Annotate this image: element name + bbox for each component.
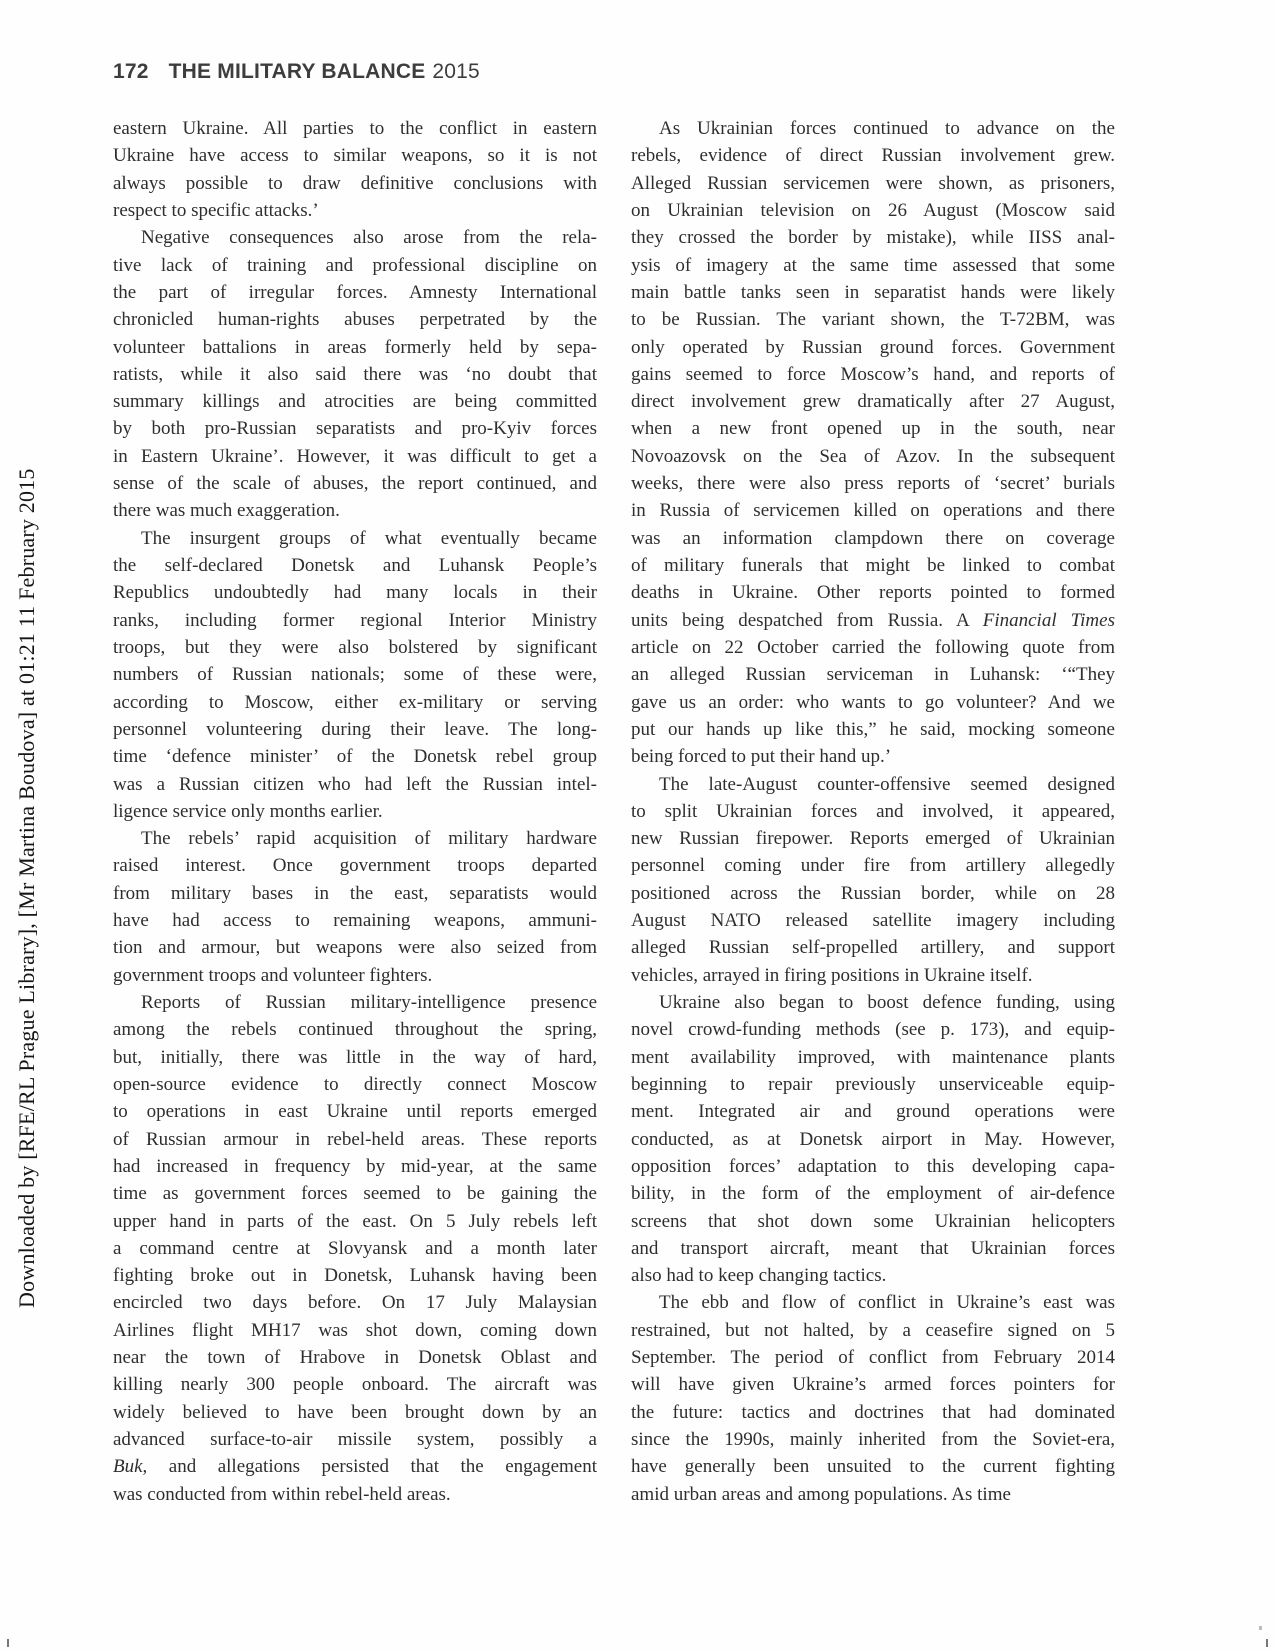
text-line: ligence service only months earlier. <box>113 798 597 825</box>
text-line: ment. Integrated air and ground operatio… <box>631 1098 1115 1125</box>
text-line: Novoazovsk on the Sea of Azov. In the su… <box>631 443 1115 470</box>
text-line: vehicles, arrayed in firing positions in… <box>631 962 1115 989</box>
text-line: since the 1990s, mainly inherited from t… <box>631 1426 1115 1453</box>
scan-artifact <box>1259 1626 1262 1630</box>
text-line: near the town of Hrabove in Donetsk Obla… <box>113 1344 597 1371</box>
text-line: Reports of Russian military-intelligence… <box>113 989 597 1016</box>
text-line: killing nearly 300 people onboard. The a… <box>113 1371 597 1398</box>
text-line: bility, in the form of the employment of… <box>631 1180 1115 1207</box>
running-header: 172THE MILITARY BALANCE2015 <box>113 60 480 84</box>
text-line: in Eastern Ukraine’. However, it was dif… <box>113 443 597 470</box>
text-line: to split Ukrainian forces and involved, … <box>631 798 1115 825</box>
text-line: rebels, evidence of direct Russian invol… <box>631 142 1115 169</box>
text-line: in Russia of servicemen killed on operat… <box>631 497 1115 524</box>
scan-artifact <box>1266 1639 1268 1647</box>
text-line: ysis of imagery at the same time assesse… <box>631 252 1115 279</box>
text-line: time as government forces seemed to be g… <box>113 1180 597 1207</box>
text-line: was conducted from within rebel-held are… <box>113 1481 597 1508</box>
book-title: THE MILITARY BALANCE <box>169 60 426 83</box>
text-line: Negative consequences also arose from th… <box>113 224 597 251</box>
text-line: personnel coming under fire from artille… <box>631 852 1115 879</box>
left-text-column: eastern Ukraine. All parties to the conf… <box>113 115 597 1508</box>
text-line: raised interest. Once government troops … <box>113 852 597 879</box>
book-year: 2015 <box>432 60 480 83</box>
text-line: direct involvement grew dramatically aft… <box>631 388 1115 415</box>
text-line: August NATO released satellite imagery i… <box>631 907 1115 934</box>
text-line: As Ukrainian forces continued to advance… <box>631 115 1115 142</box>
text-line: on Ukrainian television on 26 August (Mo… <box>631 197 1115 224</box>
text-line: respect to specific attacks.’ <box>113 197 597 224</box>
scan-artifact <box>7 1639 9 1647</box>
text-line: had increased in frequency by mid-year, … <box>113 1153 597 1180</box>
text-line: the future: tactics and doctrines that h… <box>631 1399 1115 1426</box>
text-line: the part of irregular forces. Amnesty In… <box>113 279 597 306</box>
text-line: being forced to put their hand up.’ <box>631 743 1115 770</box>
text-line: open-source evidence to directly connect… <box>113 1071 597 1098</box>
text-line: Ukraine also began to boost defence fund… <box>631 989 1115 1016</box>
text-line: fighting broke out in Donetsk, Luhansk h… <box>113 1262 597 1289</box>
text-line: eastern Ukraine. All parties to the conf… <box>113 115 597 142</box>
text-line: units being despatched from Russia. A Fi… <box>631 607 1115 634</box>
text-line: beginning to repair previously unservice… <box>631 1071 1115 1098</box>
text-line: to operations in east Ukraine until repo… <box>113 1098 597 1125</box>
text-line: Republics undoubtedly had many locals in… <box>113 579 597 606</box>
text-line: deaths in Ukraine. Other reports pointed… <box>631 579 1115 606</box>
text-line: tive lack of training and professional d… <box>113 252 597 279</box>
text-line: they crossed the border by mistake), whi… <box>631 224 1115 251</box>
text-line: also had to keep changing tactics. <box>631 1262 1115 1289</box>
text-line: sense of the scale of abuses, the report… <box>113 470 597 497</box>
text-line: when a new front opened up in the south,… <box>631 415 1115 442</box>
text-line: troops, but they were also bolstered by … <box>113 634 597 661</box>
text-line: was an information clampdown there on co… <box>631 525 1115 552</box>
text-line: from military bases in the east, separat… <box>113 880 597 907</box>
page-number: 172 <box>113 60 149 83</box>
text-line: The ebb and flow of conflict in Ukraine’… <box>631 1289 1115 1316</box>
text-line: have generally been unsuited to the curr… <box>631 1453 1115 1480</box>
text-line: by both pro-Russian separatists and pro-… <box>113 415 597 442</box>
text-line: upper hand in parts of the east. On 5 Ju… <box>113 1208 597 1235</box>
text-line: of Russian armour in rebel-held areas. T… <box>113 1126 597 1153</box>
text-line: opposition forces’ adaptation to this de… <box>631 1153 1115 1180</box>
text-line: The insurgent groups of what eventually … <box>113 525 597 552</box>
text-line: summary killings and atrocities are bein… <box>113 388 597 415</box>
text-line: Airlines flight MH17 was shot down, comi… <box>113 1317 597 1344</box>
text-line: will have given Ukraine’s armed forces p… <box>631 1371 1115 1398</box>
text-line: amid urban areas and among populations. … <box>631 1481 1115 1508</box>
text-line: tion and armour, but weapons were also s… <box>113 934 597 961</box>
text-line: there was much exaggeration. <box>113 497 597 524</box>
text-line: Buk, and allegations persisted that the … <box>113 1453 597 1480</box>
text-line: conducted, as at Donetsk airport in May.… <box>631 1126 1115 1153</box>
download-watermark: Downloaded by [RFE/RL Prague Library], [… <box>14 343 40 1308</box>
text-line: time ‘defence minister’ of the Donetsk r… <box>113 743 597 770</box>
right-text-column: As Ukrainian forces continued to advance… <box>631 115 1115 1508</box>
text-line: personnel volunteering during their leav… <box>113 716 597 743</box>
text-line: chronicled human-rights abuses perpetrat… <box>113 306 597 333</box>
text-line: gave us an order: who wants to go volunt… <box>631 689 1115 716</box>
text-line: screens that shot down some Ukrainian he… <box>631 1208 1115 1235</box>
text-line: to be Russian. The variant shown, the T-… <box>631 306 1115 333</box>
text-line: the self-declared Donetsk and Luhansk Pe… <box>113 552 597 579</box>
text-line: widely believed to have been brought dow… <box>113 1399 597 1426</box>
text-line: was a Russian citizen who had left the R… <box>113 771 597 798</box>
text-line: numbers of Russian nationals; some of th… <box>113 661 597 688</box>
text-line: only operated by Russian ground forces. … <box>631 334 1115 361</box>
text-line: restrained, but not halted, by a ceasefi… <box>631 1317 1115 1344</box>
text-line: have had access to remaining weapons, am… <box>113 907 597 934</box>
text-line: alleged Russian self-propelled artillery… <box>631 934 1115 961</box>
text-line: main battle tanks seen in separatist han… <box>631 279 1115 306</box>
text-line: according to Moscow, either ex-military … <box>113 689 597 716</box>
scanned-book-page: Downloaded by [RFE/RL Prague Library], [… <box>0 0 1275 1650</box>
text-line: volunteer battalions in areas formerly h… <box>113 334 597 361</box>
text-line: encircled two days before. On 17 July Ma… <box>113 1289 597 1316</box>
text-line: positioned across the Russian border, wh… <box>631 880 1115 907</box>
text-line: ratists, while it also said there was ‘n… <box>113 361 597 388</box>
text-line: government troops and volunteer fighters… <box>113 962 597 989</box>
text-line: always possible to draw definitive concl… <box>113 170 597 197</box>
text-line: The late-August counter-offensive seemed… <box>631 771 1115 798</box>
text-line: The rebels’ rapid acquisition of militar… <box>113 825 597 852</box>
text-line: Alleged Russian servicemen were shown, a… <box>631 170 1115 197</box>
text-line: novel crowd-funding methods (see p. 173)… <box>631 1016 1115 1043</box>
text-line: an alleged Russian serviceman in Luhansk… <box>631 661 1115 688</box>
text-line: new Russian firepower. Reports emerged o… <box>631 825 1115 852</box>
text-line: ment availability improved, with mainten… <box>631 1044 1115 1071</box>
text-line: September. The period of conflict from F… <box>631 1344 1115 1371</box>
text-line: Ukraine have access to similar weapons, … <box>113 142 597 169</box>
text-line: a command centre at Slovyansk and a mont… <box>113 1235 597 1262</box>
text-line: advanced surface-to-air missile system, … <box>113 1426 597 1453</box>
text-line: weeks, there were also press reports of … <box>631 470 1115 497</box>
text-line: but, initially, there was little in the … <box>113 1044 597 1071</box>
text-line: put our hands up like this,” he said, mo… <box>631 716 1115 743</box>
text-line: ranks, including former regional Interio… <box>113 607 597 634</box>
text-line: and transport aircraft, meant that Ukrai… <box>631 1235 1115 1262</box>
text-line: among the rebels continued throughout th… <box>113 1016 597 1043</box>
text-line: article on 22 October carried the follow… <box>631 634 1115 661</box>
text-line: of military funerals that might be linke… <box>631 552 1115 579</box>
text-line: gains seemed to force Moscow’s hand, and… <box>631 361 1115 388</box>
